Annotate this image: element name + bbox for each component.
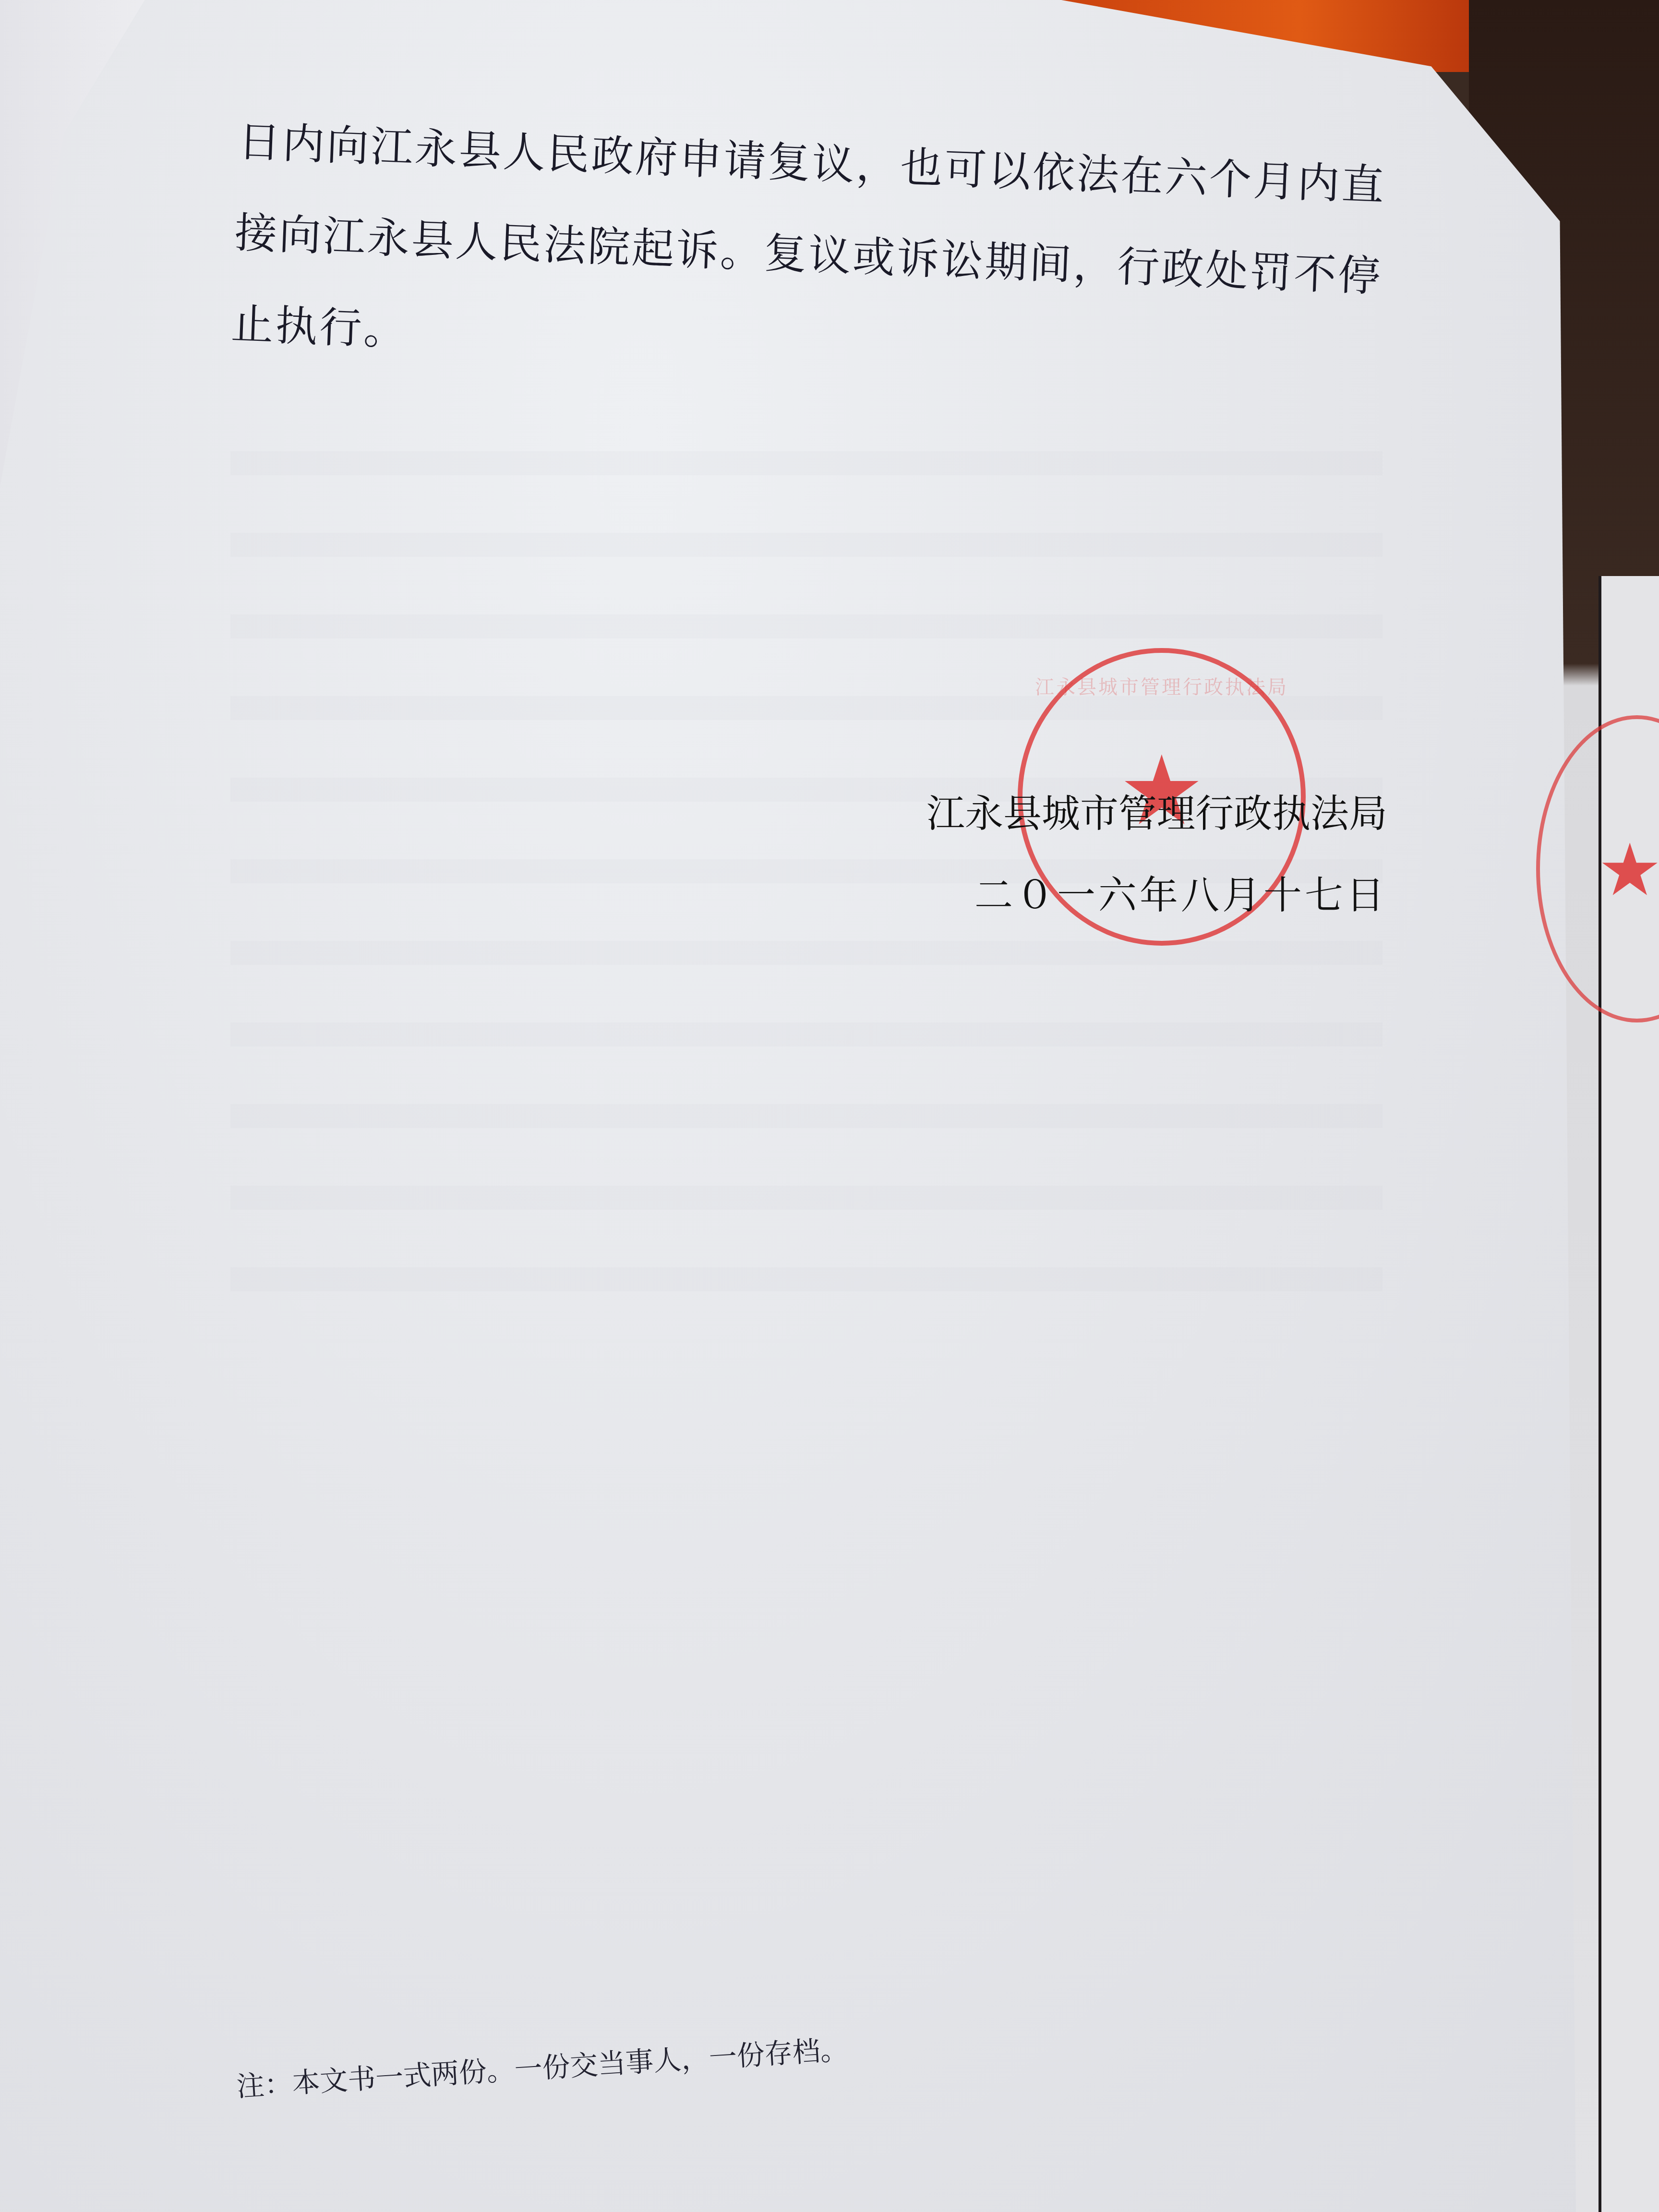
body-paragraph: 日内向江永县人民政府申请复议，也可以依法在六个月内直 接向江永县人民法院起诉。复… <box>229 96 1391 414</box>
signature-block: 江永县城市管理行政执法局 二０一六年八月十七日 <box>878 773 1387 936</box>
document-page: 日内向江永县人民政府申请复议，也可以依法在六个月内直 接向江永县人民法院起诉。复… <box>0 0 1608 2212</box>
issuing-organization: 江永县城市管理行政执法局 <box>878 773 1387 854</box>
star-icon: ★ <box>1598 834 1659 906</box>
seal-text: 江永县城市管理行政执法局 <box>1022 672 1301 699</box>
footer-note: 注：本文书一式两份。一份交当事人，一份存档。 <box>235 2027 849 2104</box>
issue-date: 二０一六年八月十七日 <box>878 854 1387 936</box>
